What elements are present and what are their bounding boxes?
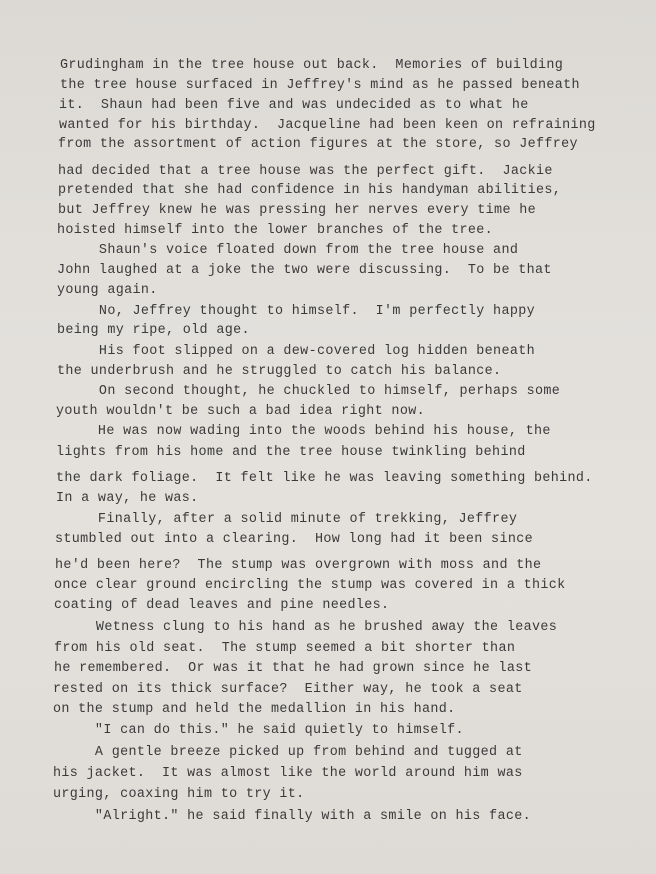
text-line: No, Jeffrey thought to himself. I'm perf… [57, 304, 535, 320]
text-line: from his old seat. The stump seemed a bi… [54, 641, 515, 657]
text-line: on the stump and held the medallion in h… [53, 702, 456, 718]
text-line: he'd been here? The stump was overgrown … [55, 558, 541, 574]
text-line: the underbrush and he struggled to catch… [57, 364, 501, 380]
text-line: urging, coaxing him to try it. [53, 787, 305, 803]
text-line: from the assortment of action figures at… [58, 137, 578, 153]
text-line: Finally, after a solid minute of trekkin… [56, 512, 517, 528]
text-line: "I can do this." he said quietly to hims… [53, 723, 464, 739]
text-line: it. Shaun had been five and was undecide… [59, 98, 529, 114]
text-line: the tree house surfaced in Jeffrey's min… [60, 78, 580, 94]
text-line: lights from his home and the tree house … [56, 445, 526, 461]
text-line: On second thought, he chuckled to himsel… [57, 384, 560, 400]
text-line: wanted for his birthday. Jacqueline had … [59, 118, 596, 134]
typewritten-page: Grudingham in the tree house out back. M… [0, 0, 656, 874]
text-line: In a way, he was. [56, 491, 199, 507]
text-line: Grudingham in the tree house out back. M… [60, 58, 563, 74]
text-line: A gentle breeze picked up from behind an… [53, 745, 523, 761]
text-line: but Jeffrey knew he was pressing her ner… [58, 203, 536, 219]
text-line: John laughed at a joke the two were disc… [57, 263, 552, 279]
text-line: rested on its thick surface? Either way,… [53, 682, 523, 698]
text-line: young again. [57, 283, 158, 299]
text-line: being my ripe, old age. [57, 323, 250, 339]
text-line: Wetness clung to his hand as he brushed … [54, 620, 557, 636]
text-line: hoisted himself into the lower branches … [57, 223, 493, 239]
text-line: Shaun's voice floated down from the tree… [57, 243, 518, 259]
text-line: He was now wading into the woods behind … [56, 424, 551, 440]
text-line: the dark foliage. It felt like he was le… [56, 471, 593, 487]
text-line: pretended that she had confidence in his… [58, 183, 561, 199]
text-line: "Alright." he said finally with a smile … [53, 809, 531, 825]
text-line: his jacket. It was almost like the world… [53, 766, 523, 782]
text-line: coating of dead leaves and pine needles. [54, 598, 389, 614]
text-line: he remembered. Or was it that he had gro… [54, 661, 532, 677]
text-line: had decided that a tree house was the pe… [58, 164, 553, 180]
text-line: once clear ground encircling the stump w… [54, 578, 566, 594]
text-line: His foot slipped on a dew-covered log hi… [57, 344, 535, 360]
text-line: youth wouldn't be such a bad idea right … [56, 404, 425, 420]
text-line: stumbled out into a clearing. How long h… [55, 532, 533, 548]
